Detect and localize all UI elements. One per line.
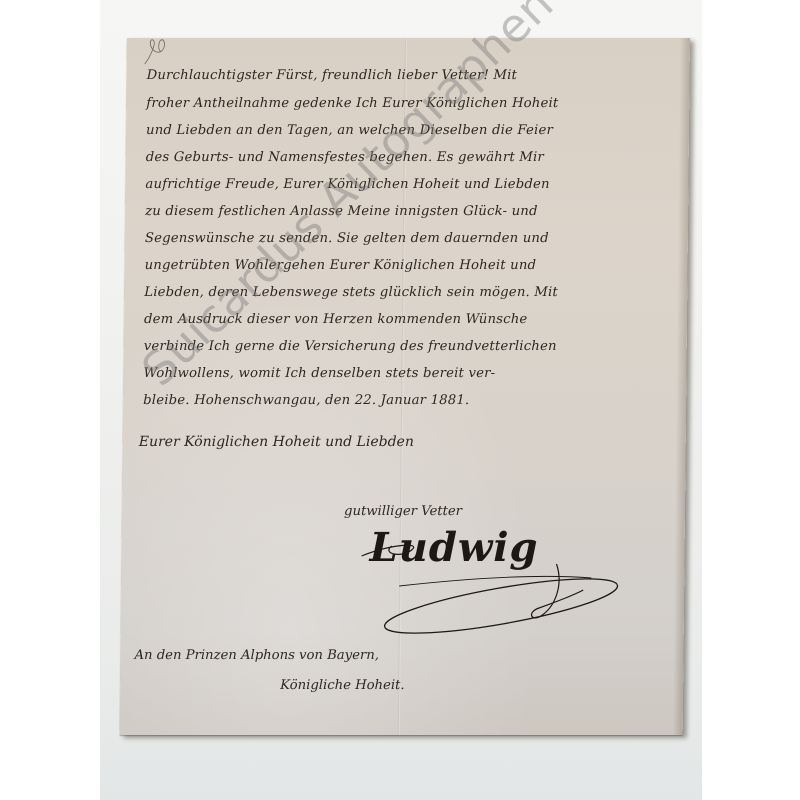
letter-line: aufrichtige Freude, Eurer Königlichen Ho… [145,177,549,192]
letter-line: des Geburts- und Namensfestes begehen. E… [146,150,544,165]
closing-salutation: Eurer Königlichen Hoheit und Liebden [139,434,414,450]
letter-line: froher Antheilnahme gedenke Ich Eurer Kö… [146,96,558,111]
letter-line: Wohlwollens, womit Ich denselben stets b… [143,366,495,381]
signature-name: Ludwig [369,524,538,571]
address-line: An den Prinzen Alphons von Bayern, [134,648,379,663]
letter-line: dem Ausdruck dieser von Herzen kommenden… [144,312,528,327]
closing-sign-off: gutwilliger Vetter [344,504,462,519]
signature: Ludwig [351,524,642,634]
letter-line: zu diesem festlichen Anlasse Meine innig… [145,204,538,219]
letter-paper: Durchlauchtigster Fürst, freundlich lieb… [120,38,690,735]
letter-line: Durchlauchtigster Fürst, freundlich lieb… [147,68,518,83]
letter-line: und Liebden an den Tagen, an welchen Die… [146,123,553,138]
address-line: Königliche Hoheit. [280,678,405,693]
letter-line: Liebden, deren Lebenswege stets glücklic… [144,285,558,300]
letter-line: verbinde Ich gerne die Versicherung des … [144,339,557,354]
letter-line: bleibe. Hohenschwangau, den 22. Januar 1… [143,393,469,408]
letter-line: ungetrübten Wohlergehen Eurer Königliche… [145,258,537,273]
letter-line: Segenswünsche zu senden. Sie gelten dem … [145,231,549,246]
